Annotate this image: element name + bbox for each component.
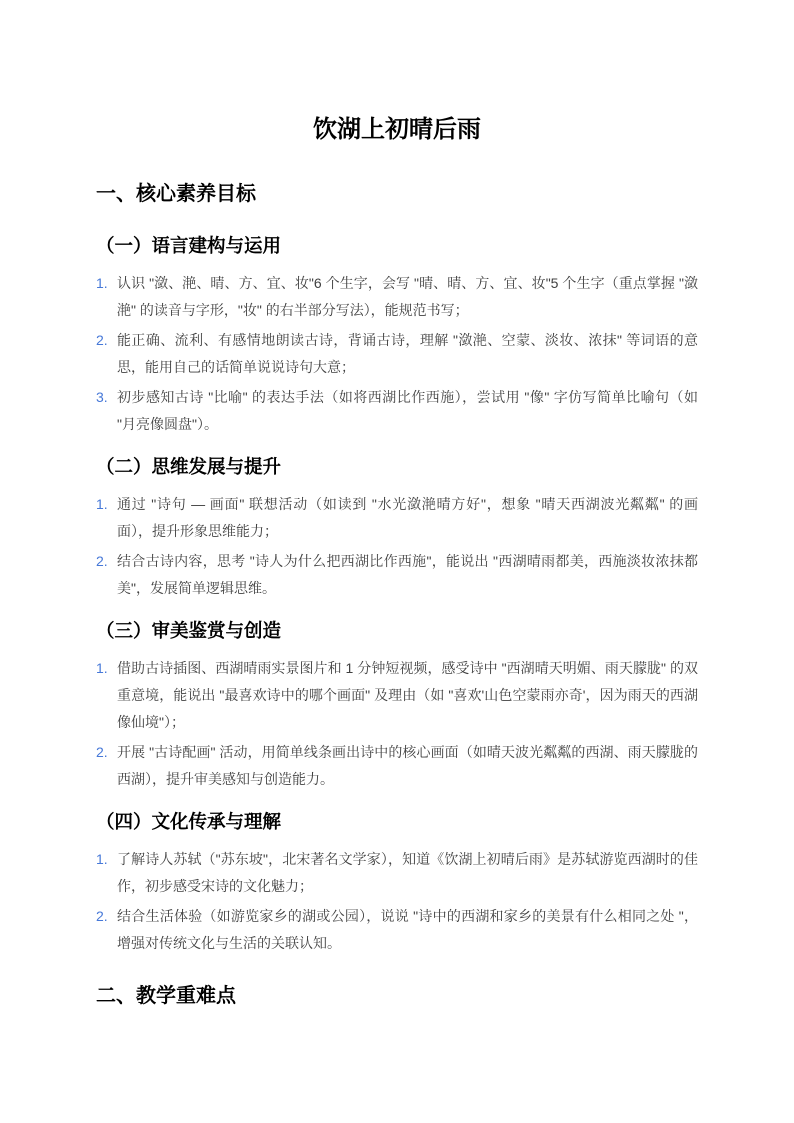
list-item-number: 2. bbox=[96, 327, 108, 354]
list-item-number: 3. bbox=[96, 384, 108, 411]
list-item-text: 借助古诗插图、西湖晴雨实景图片和 1 分钟短视频，感受诗中 "西湖晴天明媚、雨天… bbox=[117, 660, 698, 730]
list-item: 2.结合古诗内容，思考 "诗人为什么把西湖比作西施"，能说出 "西湖晴雨都美，西… bbox=[96, 548, 698, 602]
list-item-number: 1. bbox=[96, 491, 108, 518]
section-heading: 二、教学重难点 bbox=[96, 983, 698, 1009]
subsection-heading: （四）文化传承与理解 bbox=[96, 809, 698, 834]
list-item-text: 初步感知古诗 "比喻" 的表达手法（如将西湖比作西施），尝试用 "像" 字仿写简… bbox=[117, 389, 698, 432]
list-item-text: 结合古诗内容，思考 "诗人为什么把西湖比作西施"，能说出 "西湖晴雨都美，西施淡… bbox=[117, 553, 698, 596]
list-item-text: 了解诗人苏轼（"苏东坡"，北宋著名文学家），知道《饮湖上初晴后雨》是苏轼游览西湖… bbox=[117, 851, 698, 894]
list-item-text: 通过 "诗句 — 画面" 联想活动（如读到 "水光潋滟晴方好"，想象 "晴天西湖… bbox=[117, 496, 698, 539]
list-item-number: 1. bbox=[96, 846, 108, 873]
list-item-text: 结合生活体验（如游览家乡的湖或公园），说说 "诗中的西湖和家乡的美景有什么相同之… bbox=[117, 908, 698, 951]
list-item-number: 1. bbox=[96, 655, 108, 682]
list-item: 2.开展 "古诗配画" 活动，用简单线条画出诗中的核心画面（如晴天波光粼粼的西湖… bbox=[96, 739, 698, 793]
list-item: 1.通过 "诗句 — 画面" 联想活动（如读到 "水光潋滟晴方好"，想象 "晴天… bbox=[96, 491, 698, 545]
list-item-text: 开展 "古诗配画" 活动，用简单线条画出诗中的核心画面（如晴天波光粼粼的西湖、雨… bbox=[117, 744, 698, 787]
objective-list: 1.借助古诗插图、西湖晴雨实景图片和 1 分钟短视频，感受诗中 "西湖晴天明媚、… bbox=[96, 655, 698, 793]
list-item: 2.能正确、流利、有感情地朗读古诗，背诵古诗，理解 "潋滟、空蒙、淡妆、浓抹" … bbox=[96, 327, 698, 381]
subsection-heading: （二）思维发展与提升 bbox=[96, 454, 698, 479]
list-item: 2.结合生活体验（如游览家乡的湖或公园），说说 "诗中的西湖和家乡的美景有什么相… bbox=[96, 903, 698, 957]
list-item-number: 1. bbox=[96, 270, 108, 297]
list-item-number: 2. bbox=[96, 548, 108, 575]
list-item: 3.初步感知古诗 "比喻" 的表达手法（如将西湖比作西施），尝试用 "像" 字仿… bbox=[96, 384, 698, 438]
list-item: 1.借助古诗插图、西湖晴雨实景图片和 1 分钟短视频，感受诗中 "西湖晴天明媚、… bbox=[96, 655, 698, 736]
list-item-number: 2. bbox=[96, 903, 108, 930]
list-item: 1.认识 "潋、滟、晴、方、宜、妆"6 个生字，会写 "晴、晴、方、宜、妆"5 … bbox=[96, 270, 698, 324]
list-item-text: 能正确、流利、有感情地朗读古诗，背诵古诗，理解 "潋滟、空蒙、淡妆、浓抹" 等词… bbox=[117, 332, 698, 375]
document-page: 饮湖上初晴后雨 一、核心素养目标（一）语言建构与运用1.认识 "潋、滟、晴、方、… bbox=[0, 0, 794, 1123]
document-title: 饮湖上初晴后雨 bbox=[96, 113, 698, 147]
list-item: 1.了解诗人苏轼（"苏东坡"，北宋著名文学家），知道《饮湖上初晴后雨》是苏轼游览… bbox=[96, 846, 698, 900]
section-heading: 一、核心素养目标 bbox=[96, 181, 698, 207]
objective-list: 1.认识 "潋、滟、晴、方、宜、妆"6 个生字，会写 "晴、晴、方、宜、妆"5 … bbox=[96, 270, 698, 438]
subsection-heading: （三）审美鉴赏与创造 bbox=[96, 618, 698, 643]
list-item-number: 2. bbox=[96, 739, 108, 766]
objective-list: 1.通过 "诗句 — 画面" 联想活动（如读到 "水光潋滟晴方好"，想象 "晴天… bbox=[96, 491, 698, 602]
document-content: 一、核心素养目标（一）语言建构与运用1.认识 "潋、滟、晴、方、宜、妆"6 个生… bbox=[96, 181, 698, 1009]
objective-list: 1.了解诗人苏轼（"苏东坡"，北宋著名文学家），知道《饮湖上初晴后雨》是苏轼游览… bbox=[96, 846, 698, 957]
subsection-heading: （一）语言建构与运用 bbox=[96, 233, 698, 258]
list-item-text: 认识 "潋、滟、晴、方、宜、妆"6 个生字，会写 "晴、晴、方、宜、妆"5 个生… bbox=[117, 275, 698, 318]
